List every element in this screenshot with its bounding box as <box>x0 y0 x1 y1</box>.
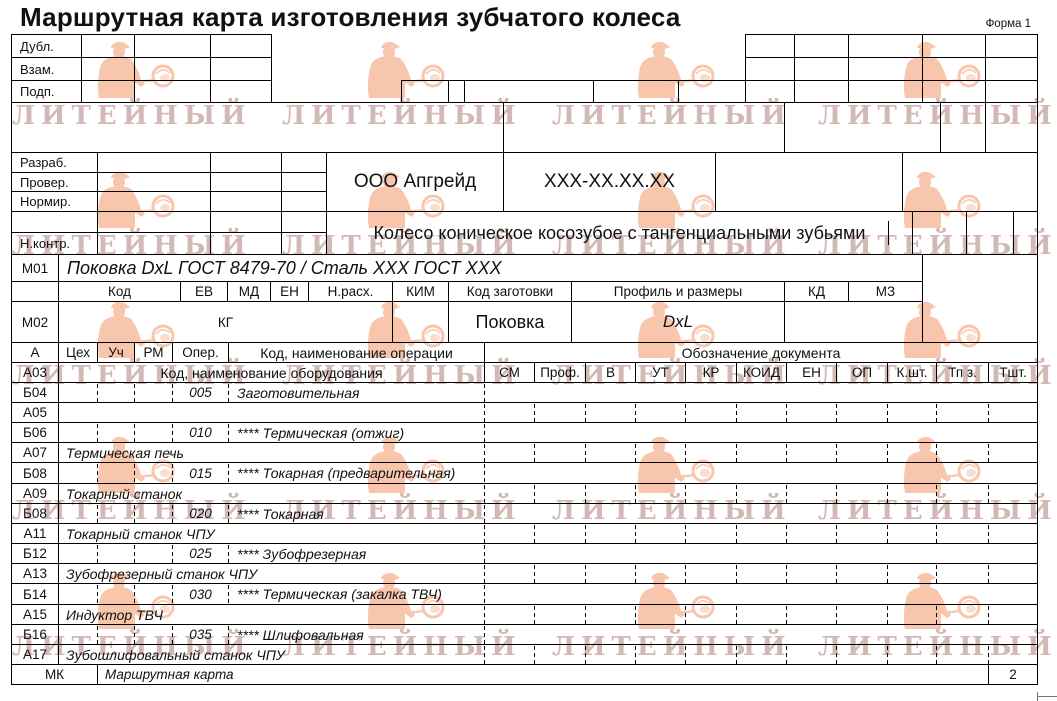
row-code-label: Б04 <box>11 382 59 403</box>
dashed-divider <box>786 565 787 583</box>
operation-number[interactable]: 025 <box>172 543 229 564</box>
material-header-kd: КД <box>784 281 849 302</box>
stamp-cell[interactable] <box>678 80 746 103</box>
dashed-divider <box>585 646 586 664</box>
equipment-name[interactable]: Зубошлифовальный станок ЧПУ <box>58 644 485 665</box>
dashed-divider <box>736 525 737 543</box>
dashed-divider <box>685 646 686 664</box>
dashed-divider <box>585 565 586 583</box>
dashed-divider <box>97 424 98 442</box>
row-code-label: А13 <box>11 563 59 584</box>
operation-name[interactable]: **** Термическая (закалка ТВЧ) <box>228 583 485 605</box>
stamp-cell[interactable] <box>401 80 449 103</box>
row-code-label: Б12 <box>11 543 59 564</box>
row-code-label: Б06 <box>11 422 59 443</box>
operation-number[interactable]: 015 <box>172 462 229 484</box>
stamp-cell[interactable] <box>134 80 211 103</box>
page-number: 2 <box>988 664 1038 685</box>
dashed-divider <box>585 444 586 462</box>
dashed-divider <box>836 404 837 422</box>
part-name-field[interactable]: Колесо коническое косозубое с тангенциал… <box>326 211 913 255</box>
dashed-divider <box>887 646 888 664</box>
route-card-form: Маршрутная карта изготовления зубчатого … <box>0 0 1057 701</box>
dashed-divider <box>936 646 937 664</box>
stamp-label-dubl: Дубл. <box>11 34 82 58</box>
equip-header-tsht: Тшт. <box>988 362 1038 383</box>
equip-header-ut: УТ <box>635 362 686 383</box>
approval-date-cell[interactable] <box>281 211 327 233</box>
dashed-divider <box>988 404 989 422</box>
row-code-label: А09 <box>11 483 59 504</box>
dashed-divider <box>685 565 686 583</box>
header-blank-cell[interactable] <box>784 102 941 153</box>
dashed-divider <box>685 404 686 422</box>
dashed-divider <box>786 485 787 503</box>
dashed-divider <box>786 444 787 462</box>
dashed-divider <box>887 404 888 422</box>
ops-header-workplace: РМ <box>134 342 173 363</box>
row-code-label: А15 <box>11 604 59 625</box>
stamp-cell[interactable] <box>464 80 594 103</box>
equip-header-v: В <box>585 362 636 383</box>
operation-row <box>11 583 1038 605</box>
dashed-divider <box>836 485 837 503</box>
row-code-label: А17 <box>11 644 59 665</box>
approval-label-blank <box>11 211 98 233</box>
material-side-cell[interactable] <box>922 254 1038 343</box>
material-header-nrash: Н.расх. <box>308 281 393 302</box>
approval-name-cell[interactable] <box>97 152 211 173</box>
operation-row <box>11 462 1038 484</box>
approval-label-checked: Провер. <box>11 172 98 192</box>
stamp-cell[interactable] <box>922 80 986 103</box>
dashed-divider <box>988 525 989 543</box>
dashed-divider <box>988 444 989 462</box>
dashed-divider <box>97 505 98 523</box>
ops-header-document: Обозначение документа <box>484 342 1038 363</box>
m01-label: М01 <box>11 254 59 282</box>
dashed-divider <box>134 464 135 483</box>
dashed-divider <box>786 525 787 543</box>
dashed-divider <box>635 565 636 583</box>
approval-name-cell[interactable] <box>97 232 211 255</box>
dashed-divider <box>635 404 636 422</box>
row-code-label: Б08 <box>11 503 59 524</box>
organization-name[interactable]: ООО Апгрейд <box>326 152 504 212</box>
m01-material-text[interactable]: Поковка DxL ГОСТ 8479-70 / Сталь ХХХ ГОС… <box>58 254 923 282</box>
equip-header-tpz: Тп з. <box>936 362 989 383</box>
stamp-cell[interactable] <box>134 34 211 58</box>
footer-document-name: Маршрутная карта <box>97 664 989 685</box>
stamp-label-podp: Подп. <box>11 80 82 103</box>
row-code-label: Б08 <box>11 462 59 484</box>
stamp-cell[interactable] <box>81 80 135 103</box>
m02-kd-mz[interactable] <box>784 301 923 343</box>
operation-number[interactable]: 005 <box>172 382 229 403</box>
material-header-en: ЕН <box>270 281 309 302</box>
dashed-divider <box>585 485 586 503</box>
dashed-divider <box>836 525 837 543</box>
approval-date-cell[interactable] <box>281 232 327 255</box>
dashed-divider <box>635 444 636 462</box>
row-code-label: Б14 <box>11 583 59 605</box>
form-label: Форма 1 <box>986 18 1031 30</box>
stamp-cell[interactable] <box>848 34 923 58</box>
approval-signature-cell[interactable] <box>210 232 282 255</box>
dashed-divider <box>534 606 535 624</box>
approval-signature-cell[interactable] <box>210 172 282 192</box>
dashed-divider <box>988 565 989 583</box>
dashed-divider <box>134 384 135 402</box>
stamp-cell[interactable] <box>985 57 1038 81</box>
equipment-name[interactable] <box>58 402 485 423</box>
stamp-cell[interactable] <box>593 80 679 103</box>
stamp-cell[interactable] <box>794 34 849 58</box>
dashed-divider <box>134 545 135 563</box>
operation-number[interactable]: 030 <box>172 583 229 605</box>
dashed-divider <box>887 525 888 543</box>
dashed-divider <box>534 565 535 583</box>
equipment-name[interactable]: Токарный станок ЧПУ <box>58 523 485 544</box>
material-header-mz: МЗ <box>848 281 923 302</box>
material-header-md: МД <box>227 281 271 302</box>
header-blank-cell[interactable] <box>503 102 785 153</box>
row-code-label: А11 <box>11 523 59 544</box>
operation-name[interactable]: **** Шлифовальная <box>228 624 485 645</box>
stamp-cell[interactable] <box>210 80 272 103</box>
approval-signature-cell[interactable] <box>210 152 282 173</box>
approval-label-norm: Нормир. <box>11 191 98 212</box>
dashed-divider <box>685 444 686 462</box>
row-code-label: Б16 <box>11 624 59 645</box>
dashed-divider <box>736 606 737 624</box>
dashed-divider <box>635 485 636 503</box>
stamp-cell[interactable] <box>745 34 795 58</box>
dashed-divider <box>635 646 636 664</box>
dashed-divider <box>736 485 737 503</box>
dashed-divider <box>97 626 98 644</box>
print-corner-mark <box>1037 696 1057 697</box>
dashed-divider <box>635 525 636 543</box>
stamp-cell[interactable] <box>985 34 1038 58</box>
dashed-divider <box>936 404 937 422</box>
dashed-divider <box>97 384 98 402</box>
stamp-cell[interactable] <box>81 34 135 58</box>
stamp-cell[interactable] <box>81 57 135 81</box>
approval-date-cell[interactable] <box>281 172 327 192</box>
operation-row <box>11 624 1038 645</box>
operation-number[interactable]: 010 <box>172 422 229 443</box>
row-code-label: А07 <box>11 442 59 463</box>
approval-signature-cell[interactable] <box>210 191 282 212</box>
row-code-label: А05 <box>11 402 59 423</box>
dashed-divider <box>585 606 586 624</box>
approval-signature-cell[interactable] <box>210 211 282 233</box>
dashed-divider <box>988 606 989 624</box>
dashed-divider <box>685 606 686 624</box>
dashed-divider <box>134 585 135 604</box>
ops-header-op: Опер. <box>172 342 229 363</box>
operation-row <box>11 503 1038 524</box>
dashed-divider <box>936 525 937 543</box>
dashed-divider <box>635 606 636 624</box>
m02-unit[interactable]: КГ <box>58 301 393 343</box>
operation-row <box>11 382 1038 403</box>
stamp-label-vzam: Взам. <box>11 57 82 81</box>
equip-header-name: Код, наименование оборудования <box>58 362 485 383</box>
document-code[interactable]: XXX-XX.XX.XX <box>503 152 716 212</box>
ops-header-op-name: Код, наименование операции <box>228 342 485 363</box>
approval-date-cell[interactable] <box>281 152 327 173</box>
stamp-cell[interactable] <box>745 57 795 81</box>
equipment-name[interactable]: Индуктор ТВЧ <box>58 604 485 625</box>
approval-name-cell[interactable] <box>97 211 211 233</box>
m02-blank-code[interactable]: Поковка <box>448 301 572 343</box>
title-block-cell[interactable] <box>1013 211 1038 255</box>
dashed-divider <box>786 606 787 624</box>
operation-number[interactable]: 035 <box>172 624 229 645</box>
dashed-divider <box>97 464 98 483</box>
material-header-profile: Профиль и размеры <box>571 281 785 302</box>
dashed-divider <box>134 424 135 442</box>
stamp-cell[interactable] <box>210 34 272 58</box>
equip-header-prof: Проф. <box>534 362 586 383</box>
header-blank-cell[interactable] <box>11 102 504 153</box>
equip-header-koid: КОИД <box>736 362 787 383</box>
dashed-divider <box>836 646 837 664</box>
m02-profile[interactable]: DxL <box>571 301 785 343</box>
ops-header-a: А <box>11 342 59 363</box>
title-block-cell[interactable] <box>715 152 903 212</box>
operation-name[interactable]: **** Зубофрезерная <box>228 543 485 564</box>
dashed-divider <box>736 404 737 422</box>
dashed-divider <box>786 404 787 422</box>
dashed-divider <box>534 485 535 503</box>
dashed-divider <box>134 505 135 523</box>
equipment-name[interactable]: Термическая печь <box>58 442 485 463</box>
dashed-divider <box>786 646 787 664</box>
dashed-divider <box>534 404 535 422</box>
dashed-divider <box>736 646 737 664</box>
dashed-divider <box>936 485 937 503</box>
dashed-divider <box>97 545 98 563</box>
material-header-ev: ЕВ <box>180 281 228 302</box>
approval-name-cell[interactable] <box>97 172 211 192</box>
ops-header-section: Уч <box>97 342 135 363</box>
dashed-divider <box>836 444 837 462</box>
stamp-cell[interactable] <box>794 80 849 103</box>
route-card-page: ЛИТЕЙНЫЙЛИТЕЙНЫЙЛИТЕЙНЫЙЛИТЕЙНЫЙЛИТЕЙНЫЙ… <box>0 0 1057 701</box>
dashed-divider <box>887 444 888 462</box>
dashed-divider <box>887 485 888 503</box>
dashed-divider <box>988 646 989 664</box>
dashed-divider <box>936 444 937 462</box>
equip-header-kr: КР <box>685 362 737 383</box>
ops-header-shop: Цех <box>58 342 98 363</box>
stamp-cell[interactable] <box>745 80 795 103</box>
title-block-cell[interactable] <box>966 211 1014 255</box>
m02-kim[interactable] <box>392 301 449 343</box>
dashed-divider <box>887 565 888 583</box>
dashed-divider <box>134 626 135 644</box>
dashed-divider <box>534 444 535 462</box>
dashed-divider <box>685 525 686 543</box>
text-caret <box>888 221 889 245</box>
stamp-cell[interactable] <box>210 57 272 81</box>
dashed-divider <box>736 565 737 583</box>
approval-name-cell[interactable] <box>97 191 211 212</box>
material-header-code: Код <box>58 281 181 302</box>
equip-header-en: ЕН <box>786 362 837 383</box>
approval-label-developed: Разраб. <box>11 152 98 173</box>
dashed-divider <box>887 606 888 624</box>
header-blank-cell[interactable] <box>985 102 1038 153</box>
operation-number[interactable]: 020 <box>172 503 229 524</box>
stamp-cell[interactable] <box>134 57 211 81</box>
approval-label-ncontrol: Н.контр. <box>11 232 98 255</box>
title-block-cell[interactable] <box>912 211 967 255</box>
equip-header-op: ОП <box>836 362 888 383</box>
operation-row <box>11 543 1038 564</box>
equip-header-sm: СМ <box>484 362 535 383</box>
equip-header-kpcs: К.шт. <box>887 362 937 383</box>
dashed-divider <box>836 565 837 583</box>
dashed-divider <box>988 485 989 503</box>
footer-label: МК <box>11 664 98 685</box>
dashed-divider <box>585 525 586 543</box>
dashed-divider <box>534 646 535 664</box>
stamp-cell[interactable] <box>922 34 986 58</box>
page-title: Маршрутная карта изготовления зубчатого … <box>20 1 680 33</box>
operation-name[interactable]: **** Токарная (предварительная) <box>228 462 485 484</box>
stamp-cell[interactable] <box>985 80 1038 103</box>
dashed-divider <box>534 525 535 543</box>
dashed-divider <box>585 404 586 422</box>
operation-name[interactable]: **** Токарная <box>228 503 485 524</box>
operation-row <box>11 422 1038 443</box>
stamp-cell[interactable] <box>794 57 849 81</box>
material-header-blank-code: Код заготовки <box>448 281 572 302</box>
material-header-kim: КИМ <box>392 281 449 302</box>
dashed-divider <box>836 606 837 624</box>
equipment-name[interactable]: Токарный станок <box>58 483 485 504</box>
equipment-name[interactable]: Зубофрезерный станок ЧПУ <box>58 563 485 584</box>
stamp-cell[interactable] <box>848 57 923 81</box>
dashed-divider <box>936 606 937 624</box>
stamp-cell[interactable] <box>922 57 986 81</box>
approval-date-cell[interactable] <box>281 191 327 212</box>
operation-name[interactable]: **** Термическая (отжиг) <box>228 422 485 443</box>
title-block-cell[interactable] <box>902 152 1038 212</box>
operation-name[interactable]: Заготовительная <box>228 382 485 403</box>
equip-header-label: А03 <box>11 362 59 383</box>
dashed-divider <box>736 444 737 462</box>
stamp-cell[interactable] <box>848 80 923 103</box>
dashed-divider <box>685 485 686 503</box>
m02-label: М02 <box>11 301 59 343</box>
material-header-blank <box>11 281 59 302</box>
dashed-divider <box>936 565 937 583</box>
dashed-divider <box>97 585 98 604</box>
stamp-cell[interactable] <box>448 80 465 103</box>
header-blank-cell[interactable] <box>940 102 986 153</box>
